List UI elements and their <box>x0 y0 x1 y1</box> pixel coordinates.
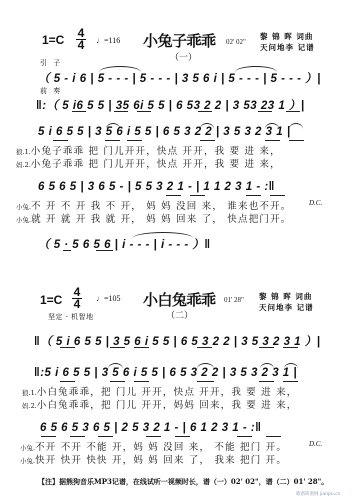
verse1-notes: 5 i 6 5 5 | 3 5 6 i 5 5 | 6 5 3 2 2 | 3 … <box>38 126 291 138</box>
lyric-text: 快开 快开 快快 开，妈 妈 回来 了， 我来 把门 开。 <box>35 455 287 466</box>
speaker-label: 小兔. <box>20 444 35 452</box>
underline-eighth <box>105 140 120 141</box>
lyric-line: 小兔.不开 不开 不能 开，妈 妈 没回 来， 不能 把门 开。 <box>20 439 287 453</box>
transcriber: 天问地李 记谱 <box>260 42 315 53</box>
underline-eighth <box>134 347 149 348</box>
underline-eighth <box>259 347 274 348</box>
underline-eighth <box>60 347 75 348</box>
footer-note: 【注】据熊狗音乐MP3记谱，在线试听一视频时长，谱（一）02' 02"，谱（二）… <box>38 477 328 487</box>
speaker-label: 小兔. <box>16 203 31 211</box>
lyric-line: 小兔.就 开 就 开 我 就 开， 妈 妈 回来 了， 快点把门开。 <box>16 211 292 225</box>
song1-tempo: ♩=116 <box>96 36 120 45</box>
underline-eighth <box>200 140 215 141</box>
underline-eighth <box>146 436 161 437</box>
underline-eighth <box>289 140 304 141</box>
lyric-line: 狼.1.小白兔乖乖，把 门儿 开开，快点 开开，我 要 进 来， <box>22 384 298 398</box>
expression-mark: 坚定 · 机智地 <box>48 312 94 322</box>
lyric-line: 狼.1.小兔子乖乖 把 门儿开开，快点 开开，我 要 进 来， <box>16 143 281 157</box>
speaker-label: 妈.2. <box>16 161 31 169</box>
song2-duration: 01' 28" <box>224 296 244 304</box>
verse2-notes: 6 5 6 5 | 3 6 5 - | 5 5 3 2 1 - | 1 1 2 … <box>38 181 275 193</box>
underline-eighth <box>198 111 212 112</box>
lyricist-composer: 黎 锦 晖 词曲 <box>260 31 315 42</box>
underline-eighth <box>63 250 71 251</box>
underline-eighth <box>60 381 75 382</box>
song1-title: 小兔子乖乖 <box>143 30 216 51</box>
song2-verse2-notes: 6 5 6 5 3 6 5 | 2 5 3 2 1 - | 6 1 2 3 1 … <box>40 422 261 434</box>
underline-eighth <box>96 250 113 251</box>
speaker-label: 狼.1. <box>22 389 37 397</box>
speaker-label: 小兔. <box>16 216 31 224</box>
underline-eighth <box>283 347 298 348</box>
song2-time-signature: 4 4 <box>71 287 83 310</box>
da-capo-mark: D.C. <box>309 199 322 207</box>
underline-eighth <box>258 111 272 112</box>
lyric-line: 小兔.快开 快开 快快 开，妈 妈 回来 了， 我来 把门 开。 <box>20 452 287 466</box>
song2-credits: 黎 锦 晖 词曲 天问地李 记谱 <box>259 291 314 313</box>
lyricist-composer: 黎 锦 晖 词曲 <box>259 291 314 302</box>
song1-number: （一） <box>170 50 197 63</box>
song1-credits: 黎 锦 晖 词曲 天问地李 记谱 <box>260 31 315 53</box>
slur-arc <box>289 123 303 129</box>
underline-eighth <box>237 436 252 437</box>
lyric-line: 妈.2.小兔子乖乖 把 门儿开开，快点 开开，我 要 进 来， <box>16 156 281 170</box>
underline-eighth <box>166 195 181 196</box>
underline-eighth <box>270 195 285 196</box>
prelude-label: 前 奏 <box>40 86 62 96</box>
underline-eighth <box>110 347 125 348</box>
underline-eighth <box>70 436 85 437</box>
song1-time-signature: 4 4 <box>75 28 87 51</box>
underline-eighth <box>197 381 214 382</box>
song1-duration: 02' 02" <box>226 38 246 46</box>
underline-eighth <box>197 347 212 348</box>
watermark: 歌谱简谱网 jianpu.cn <box>296 491 341 497</box>
da-capo-mark: D.C. <box>309 440 322 448</box>
underline-eighth <box>175 436 190 437</box>
song2-key: 1=C <box>40 293 62 307</box>
song2-tempo: ♩=105 <box>96 294 121 303</box>
underline-eighth <box>259 381 274 382</box>
underline-eighth <box>114 111 128 112</box>
intro-notes: （ 5 - i 6 | 5 - - - | 5 - - - | 3 5 6 i … <box>38 70 321 86</box>
speaker-label: 妈.2. <box>22 402 37 410</box>
speaker-label: 小兔. <box>20 457 35 465</box>
song2-prelude-notes: ‖（ 5 i 6 5 5 | 3 5 6 i 5 5 | 6 5 3 2 2 |… <box>34 333 320 349</box>
underline-eighth <box>265 140 280 141</box>
transcriber: 天问地李 记谱 <box>259 302 314 313</box>
underline-eighth <box>127 140 142 141</box>
time-sig-bottom: 4 <box>75 40 87 51</box>
underline-eighth <box>246 195 261 196</box>
lyric-text: 小白兔乖乖，把 门儿 开开，妈妈 回来，我 要 进 来， <box>37 400 298 411</box>
underline-eighth <box>190 195 205 196</box>
underline-eighth <box>137 111 151 112</box>
song1-key: 1=C <box>42 33 64 47</box>
underline-eighth <box>110 381 125 382</box>
underline-eighth <box>283 381 298 382</box>
speaker-label: 狼.1. <box>16 148 31 156</box>
underline-eighth <box>286 111 300 112</box>
underline-eighth <box>72 111 86 112</box>
song2-number: （二） <box>166 308 193 321</box>
lyric-text: 就 开 就 开 我 就 开， 妈 妈 回来 了， 快点把门开。 <box>31 214 291 225</box>
underline-eighth <box>134 381 149 382</box>
underline-eighth <box>53 140 68 141</box>
underline-eighth <box>266 436 281 437</box>
song2-verse1-notes: ‖:5 i 6 5 5 | 3 5 6 i 5 5 | 6 5 3 2 2 | … <box>34 367 297 379</box>
lyric-text: 小兔子乖乖 把 门儿开开，快点 开开，我 要 进 来， <box>31 159 281 170</box>
underline-eighth <box>98 436 113 437</box>
time-sig-bottom: 4 <box>71 299 83 310</box>
underline-eighth <box>41 436 56 437</box>
intro-label: 引 子 <box>40 58 62 68</box>
song2-title: 小白兔乖乖 <box>143 289 216 310</box>
lyric-line: 小兔.不 开 不 开 我 不 开， 妈 妈 没回 来， 谁来也不开。 <box>16 198 292 212</box>
lyric-line: 妈.2.小白兔乖乖，把 门儿 开开，妈妈 回来，我 要 进 来， <box>22 397 298 411</box>
